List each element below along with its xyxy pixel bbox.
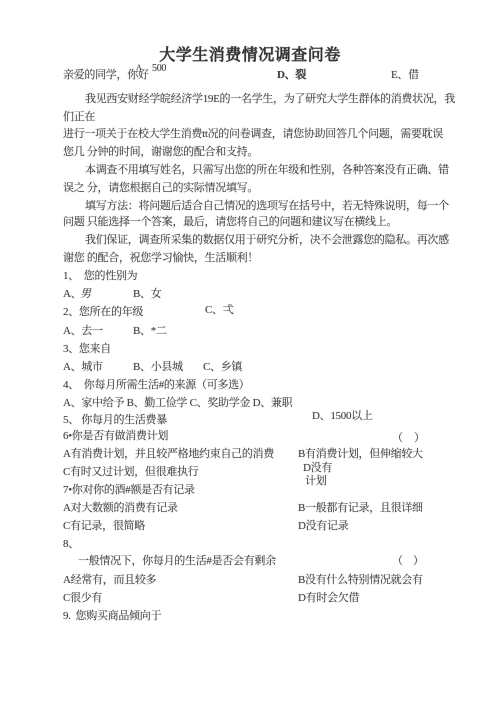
text-segment: 9. 您购买商品倾向于 [63, 607, 161, 623]
text-line: 谢您 的配合，祝您学习愉快，生活顺利！ [0, 249, 500, 265]
text-segment: A、去一 [63, 322, 103, 338]
text-segment: 8、 [63, 535, 79, 551]
text-line: 误之 分，请您根据自己的实际情况填写。 [0, 179, 500, 195]
text-line: A、男B、女 [0, 285, 500, 301]
text-segment: 一般情况下，你每月的生活#是否会有剩余 [78, 552, 276, 568]
text-line: 进行一项关于在校大学生消费tt况的问卷调查，请您协助回答几个问题，需要耽误 [0, 125, 500, 141]
text-segment: A、 [63, 285, 81, 301]
text-segment: 男 [80, 285, 91, 301]
text-segment: D、1500以上 [312, 407, 373, 423]
text-segment: 问题 只能选择一个答案，最后，请您将自己的问题和建议写在横线上。 [63, 213, 397, 229]
text-line: 1、 您的性别为 [0, 267, 500, 283]
text-line: A、去一B、*二 [0, 322, 500, 338]
text-segment: C、弌 [205, 301, 233, 317]
text-segment: ） [414, 429, 425, 445]
text-segment: C很少有 [63, 589, 102, 605]
text-segment: D有时会欠借 [298, 589, 359, 605]
text-line: 8、 [0, 535, 500, 551]
text-line: 4、 你每月所需生活#的来源（可多选） [0, 376, 500, 392]
text-segment: 我们保证，调查所采集的数据仅用于研究分析，决不会泄露您的隐私。再次感 [85, 231, 449, 247]
text-line: 一般情况下，你每月的生活#是否会有剩余（） [0, 552, 500, 568]
text-line: 填写方法：将问题后适合自己情况的选项写在括号中，若无特殊说明，每一个 [0, 197, 500, 213]
text-line: 2、您所在的年级C、弌 [0, 303, 500, 319]
text-line: 7•你对你的酒#额是否有记录 [0, 481, 500, 497]
text-segment: B、女 [133, 285, 161, 301]
text-segment: 您几 分钟的时间，谢谢您的配合和支持。 [63, 143, 258, 159]
text-segment: ） [413, 552, 424, 568]
text-line: A、家中给予 B、勤工俭学 C、奖助学金 D、兼职 [0, 394, 500, 410]
text-line: 9. 您购买商品倾向于 [0, 607, 500, 623]
text-segment: 本调查不用填写姓名，只需写出您的所在年级和性别，各种答案没有正确、错 [85, 161, 449, 177]
text-segment: D没有记录 [298, 517, 348, 533]
text-segment: A、家中给予 B、勤工俭学 C、奖助学金 D、兼职 [63, 394, 292, 410]
text-line: 3、您来自 [0, 340, 500, 356]
text-segment: 4、 你每月所需生活#的来源（可多选） [63, 376, 250, 392]
text-segment: E、借 [391, 66, 419, 82]
text-line: 我见西安财经学皖经济学19E的一名学生，为了研究大学生群体的消费状况，我 [0, 90, 500, 106]
text-segment: 们正在 [63, 108, 95, 124]
text-segment: 2、您所在的年级 [63, 303, 143, 319]
text-segment: A、城市 [63, 358, 103, 374]
page-title: 大学生消费情况调查问卷 [0, 42, 500, 65]
text-line: A经常有，而且较多B没有什么特别情况就会有 [0, 571, 500, 587]
text-segment: 1、 您的性别为 [63, 267, 137, 283]
text-line: 5、 你每月的生活费暴D、1500以上 [0, 411, 500, 427]
text-line: 您几 分钟的时间，谢谢您的配合和支持。 [0, 143, 500, 159]
text-segment: （ [392, 552, 403, 568]
text-line: 本调查不用填写姓名，只需写出您的所在年级和性别，各种答案没有正确、错 [0, 161, 500, 177]
text-line: 们正在 [0, 108, 500, 124]
text-segment: 我见西安财经学皖经济学19E的一名学生，为了研究大学生群体的消费状况，我 [85, 90, 455, 106]
text-segment: 6•你是否有做消费计划 [63, 427, 168, 443]
text-segment: 3、您来自 [63, 340, 111, 356]
text-line: 我们保证，调查所采集的数据仅用于研究分析，决不会泄露您的隐私。再次感 [0, 231, 500, 247]
text-segment: 进行一项关于在校大学生消费tt况的问卷调查，请您协助回答几个问题，需要耽误 [63, 125, 443, 141]
text-segment: B一般都有记录，且很详细 [298, 499, 423, 515]
text-segment: 填写方法：将问题后适合自己情况的选项写在括号中，若无特殊说明，每一个 [85, 197, 449, 213]
text-line: 问题 只能选择一个答案，最后，请您将自己的问题和建议写在横线上。 [0, 213, 500, 229]
text-segment: C有记录，很简略 [63, 517, 145, 533]
text-segment: A经常有，而且较多 [63, 571, 156, 587]
text-segment: （ [392, 429, 403, 445]
text-line: C有记录，很简略D没有记录 [0, 517, 500, 533]
text-segment: 误之 分，请您根据自己的实际情况填写。 [63, 179, 258, 195]
text-segment: B、小县城 [133, 358, 183, 374]
text-segment: A、 [136, 62, 149, 73]
text-line: C很少有D有时会欠借 [0, 589, 500, 605]
questionnaire-document: 大学生消费情况调查问卷 亲爱的同学，你好A、500D、裂E、借我见西安财经学皖经… [0, 0, 500, 707]
text-segment: 500 [152, 63, 166, 74]
text-segment: B、*二 [133, 322, 167, 338]
text-line: A对大数额的消费有记录B一般都有记录，且很详细 [0, 499, 500, 515]
text-line: 6•你是否有做消费计划（） [0, 427, 500, 443]
text-segment: 7•你对你的酒#额是否有记录 [63, 481, 195, 497]
text-segment: C、乡镇 [203, 358, 242, 374]
text-segment: D、裂 [277, 66, 306, 82]
text-segment: A对大数额的消费有记录 [63, 499, 178, 515]
text-segment: 谢您 的配合，祝您学习愉快，生活顺利！ [63, 249, 258, 265]
text-line: A、城市B、小县城C、乡镇 [0, 358, 500, 374]
text-segment: 5、 你每月的生活费暴 [63, 411, 167, 427]
text-line: 亲爱的同学，你好A、500D、裂E、借 [0, 66, 500, 82]
text-segment: B没有什么特别情况就会有 [298, 571, 423, 587]
